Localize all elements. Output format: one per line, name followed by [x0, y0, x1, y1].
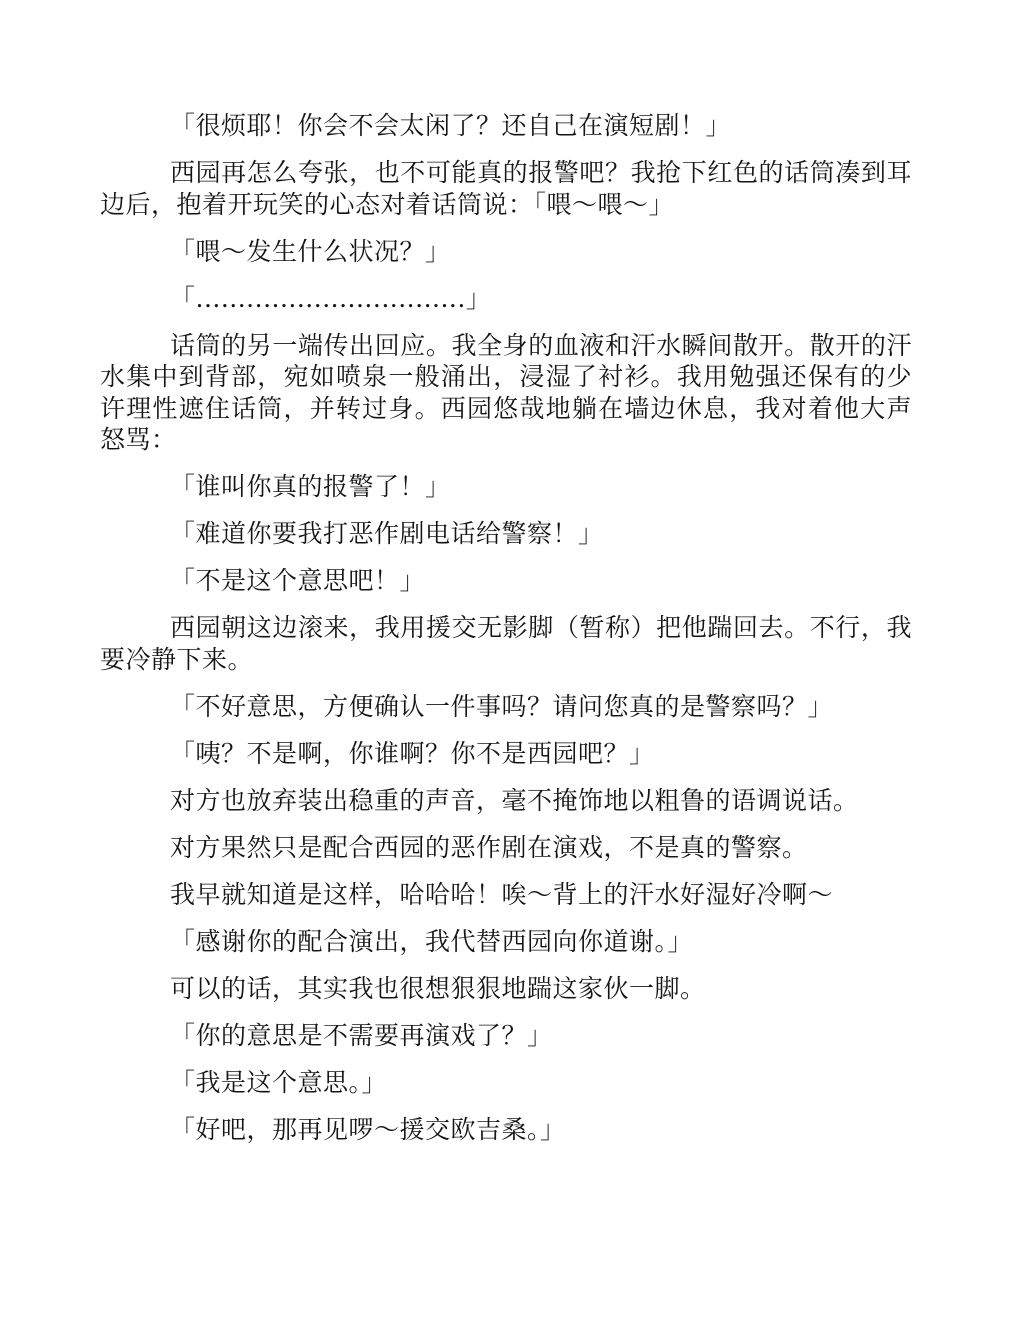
- paragraph-dialogue: 「我是这个意思。」: [100, 1067, 912, 1099]
- paragraph-dialogue: 「谁叫你真的报警了！」: [100, 471, 912, 503]
- paragraph-dialogue: 「感谢你的配合演出，我代替西园向你道谢。」: [100, 926, 912, 958]
- paragraph-narration: 可以的话，其实我也很想狠狠地踹这家伙一脚。: [100, 973, 912, 1005]
- paragraph-dialogue: 「不是这个意思吧！」: [100, 565, 912, 597]
- paragraph-narration: 对方也放弃装出稳重的声音，毫不掩饰地以粗鲁的语调说话。: [100, 785, 912, 817]
- paragraph-narration: 我早就知道是这样，哈哈哈！唉～背上的汗水好湿好冷啊～: [100, 879, 912, 911]
- novel-text-page: 「很烦耶！你会不会太闲了？还自己在演短剧！」 西园再怎么夸张，也不可能真的报警吧…: [100, 110, 912, 1161]
- paragraph-dialogue-ellipsis: 「................................」: [100, 283, 912, 315]
- paragraph-dialogue: 「很烦耶！你会不会太闲了？还自己在演短剧！」: [100, 110, 912, 142]
- paragraph-narration: 西园朝这边滚来，我用援交无影脚（暂称）把他踹回去。不行，我要冷静下来。: [100, 612, 912, 675]
- paragraph-narration: 话筒的另一端传出回应。我全身的血液和汗水瞬间散开。散开的汗水集中到背部，宛如喷泉…: [100, 330, 912, 456]
- paragraph-narration: 对方果然只是配合西园的恶作剧在演戏，不是真的警察。: [100, 832, 912, 864]
- paragraph-dialogue: 「你的意思是不需要再演戏了？」: [100, 1020, 912, 1052]
- paragraph-dialogue: 「不好意思，方便确认一件事吗？请问您真的是警察吗？」: [100, 691, 912, 723]
- paragraph-dialogue: 「喂～发生什么状况？」: [100, 236, 912, 268]
- paragraph-dialogue: 「好吧，那再见啰～援交欧吉桑。」: [100, 1114, 912, 1146]
- paragraph-dialogue: 「难道你要我打恶作剧电话给警察！」: [100, 518, 912, 550]
- paragraph-narration: 西园再怎么夸张，也不可能真的报警吧？我抢下红色的话筒凑到耳边后，抱着开玩笑的心态…: [100, 157, 912, 220]
- paragraph-dialogue: 「咦？不是啊，你谁啊？你不是西园吧？」: [100, 738, 912, 770]
